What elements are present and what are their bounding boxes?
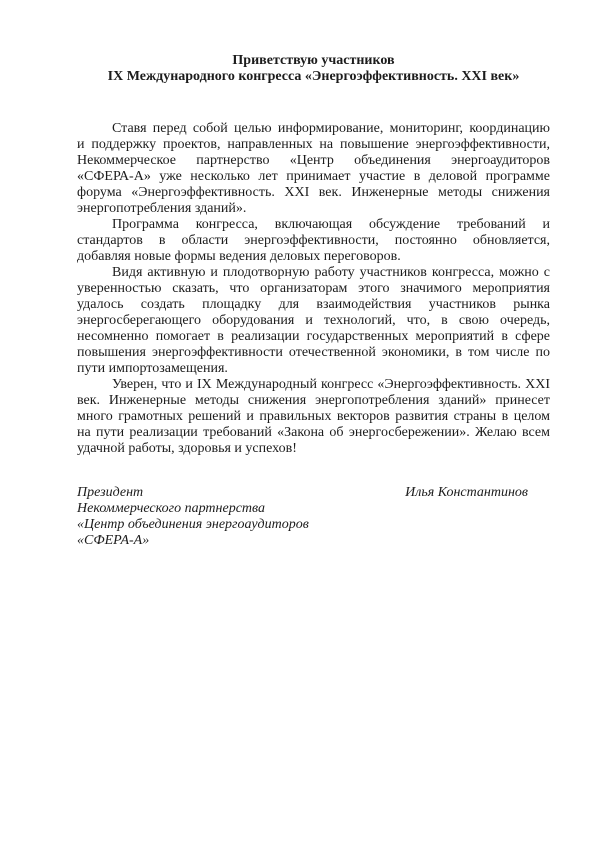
signature-block: Президент Илья Константинов Некоммерческ… xyxy=(77,485,550,549)
paragraph-line: и поддержку проектов, направленных на по… xyxy=(77,137,550,153)
signature-name: Илья Константинов xyxy=(405,485,550,501)
paragraph-line: добавляя новые формы ведения деловых пер… xyxy=(77,249,550,265)
signature-role-line-3: «Центр объединения энергоаудиторов xyxy=(77,517,550,533)
paragraph-line: Программа конгресса, включающая обсужден… xyxy=(77,217,550,233)
paragraph-line: форума «Энергоэффективность. XXI век. Ин… xyxy=(77,185,550,201)
signature-role-line-2: Некоммерческого партнерства xyxy=(77,501,550,517)
paragraph-line: много грамотных решений и правильных век… xyxy=(77,409,550,425)
paragraph: Ставя перед собой целью информирование, … xyxy=(77,121,550,217)
paragraph-line: удалось создать площадку для взаимодейст… xyxy=(77,297,550,313)
title-line-2: IX Международного конгресса «Энергоэффек… xyxy=(77,69,550,85)
paragraph-line: пути импортозамещения. xyxy=(77,361,550,377)
paragraph-line: удачной работы, здоровья и успехов! xyxy=(77,441,550,457)
title-line-1: Приветствую участников xyxy=(77,53,550,69)
paragraph: Видя активную и плодотворную работу учас… xyxy=(77,265,550,377)
paragraph-line: несомненно помогает в реализации государ… xyxy=(77,329,550,345)
paragraph-line: стандартов в области энергоэффективности… xyxy=(77,233,550,249)
document-body: Ставя перед собой целью информирование, … xyxy=(77,121,550,457)
paragraph: Уверен, что и IX Международный конгресс … xyxy=(77,377,550,457)
paragraph-line: энергосберегающего оборудования и технол… xyxy=(77,313,550,329)
paragraph-line: Уверен, что и IX Международный конгресс … xyxy=(77,377,550,393)
paragraph: Программа конгресса, включающая обсужден… xyxy=(77,217,550,265)
paragraph-line: Видя активную и плодотворную работу учас… xyxy=(77,265,550,281)
paragraph-line: энергопотребления зданий». xyxy=(77,201,550,217)
signature-role-line-4: «СФЕРА-А» xyxy=(77,533,550,549)
signature-role-line-1: Президент xyxy=(77,485,143,501)
paragraph-line: век. Инженерные методы снижения энергопо… xyxy=(77,393,550,409)
document-page: Приветствую участников IX Международного… xyxy=(0,0,595,842)
paragraph-line: на пути реализации требований «Закона об… xyxy=(77,425,550,441)
document-title: Приветствую участников IX Международного… xyxy=(77,53,550,85)
paragraph-line: Некоммерческое партнерство «Центр объеди… xyxy=(77,153,550,169)
paragraph-line: Ставя перед собой целью информирование, … xyxy=(77,121,550,137)
paragraph-line: уверенностью сказать, что организаторам … xyxy=(77,281,550,297)
paragraph-line: повышения энергоэффективности отечествен… xyxy=(77,345,550,361)
signature-row: Президент Илья Константинов xyxy=(77,485,550,501)
paragraph-line: «СФЕРА-А» уже несколько лет принимает уч… xyxy=(77,169,550,185)
